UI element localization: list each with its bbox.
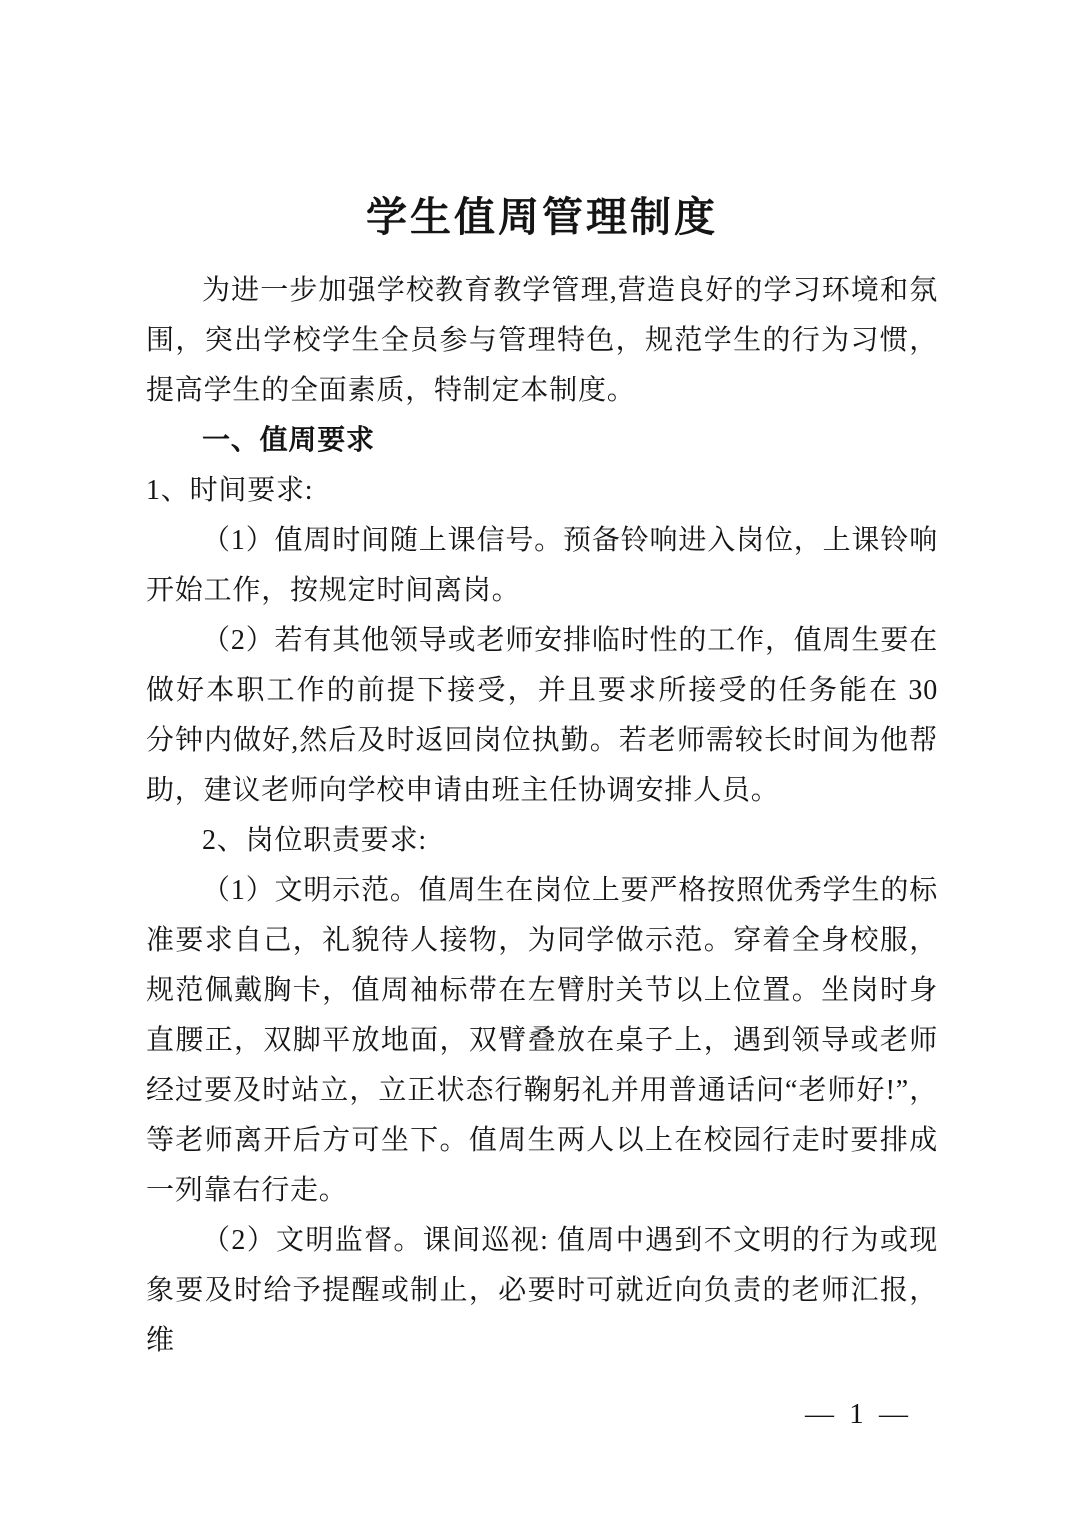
item-1-heading: 1、时间要求:: [146, 466, 938, 516]
intro-paragraph: 为进一步加强学校教育教学管理,营造良好的学习环境和氛围，突出学校学生全员参与管理…: [146, 266, 938, 416]
document-title: 学生值周管理制度: [146, 190, 938, 244]
item-2-heading: 2、岗位职责要求:: [146, 816, 938, 866]
item-1-point-2: （2）若有其他领导或老师安排临时性的工作，值周生要在做好本职工作的前提下接受，并…: [146, 616, 938, 816]
item-2-point-1: （1）文明示范。值周生在岗位上要严格按照优秀学生的标准要求自己，礼貌待人接物，为…: [146, 866, 938, 1216]
section-1-heading: 一、值周要求: [146, 416, 938, 466]
item-2-point-2: （2）文明监督。课间巡视: 值周中遇到不文明的行为或现象要及时给予提醒或制止，必…: [146, 1216, 938, 1366]
page-number: — 1 —: [805, 1398, 912, 1431]
document-page: 学生值周管理制度 为进一步加强学校教育教学管理,营造良好的学习环境和氛围，突出学…: [0, 0, 1080, 1527]
item-1-point-1: （1）值周时间随上课信号。预备铃响进入岗位，上课铃响开始工作，按规定时间离岗。: [146, 516, 938, 616]
